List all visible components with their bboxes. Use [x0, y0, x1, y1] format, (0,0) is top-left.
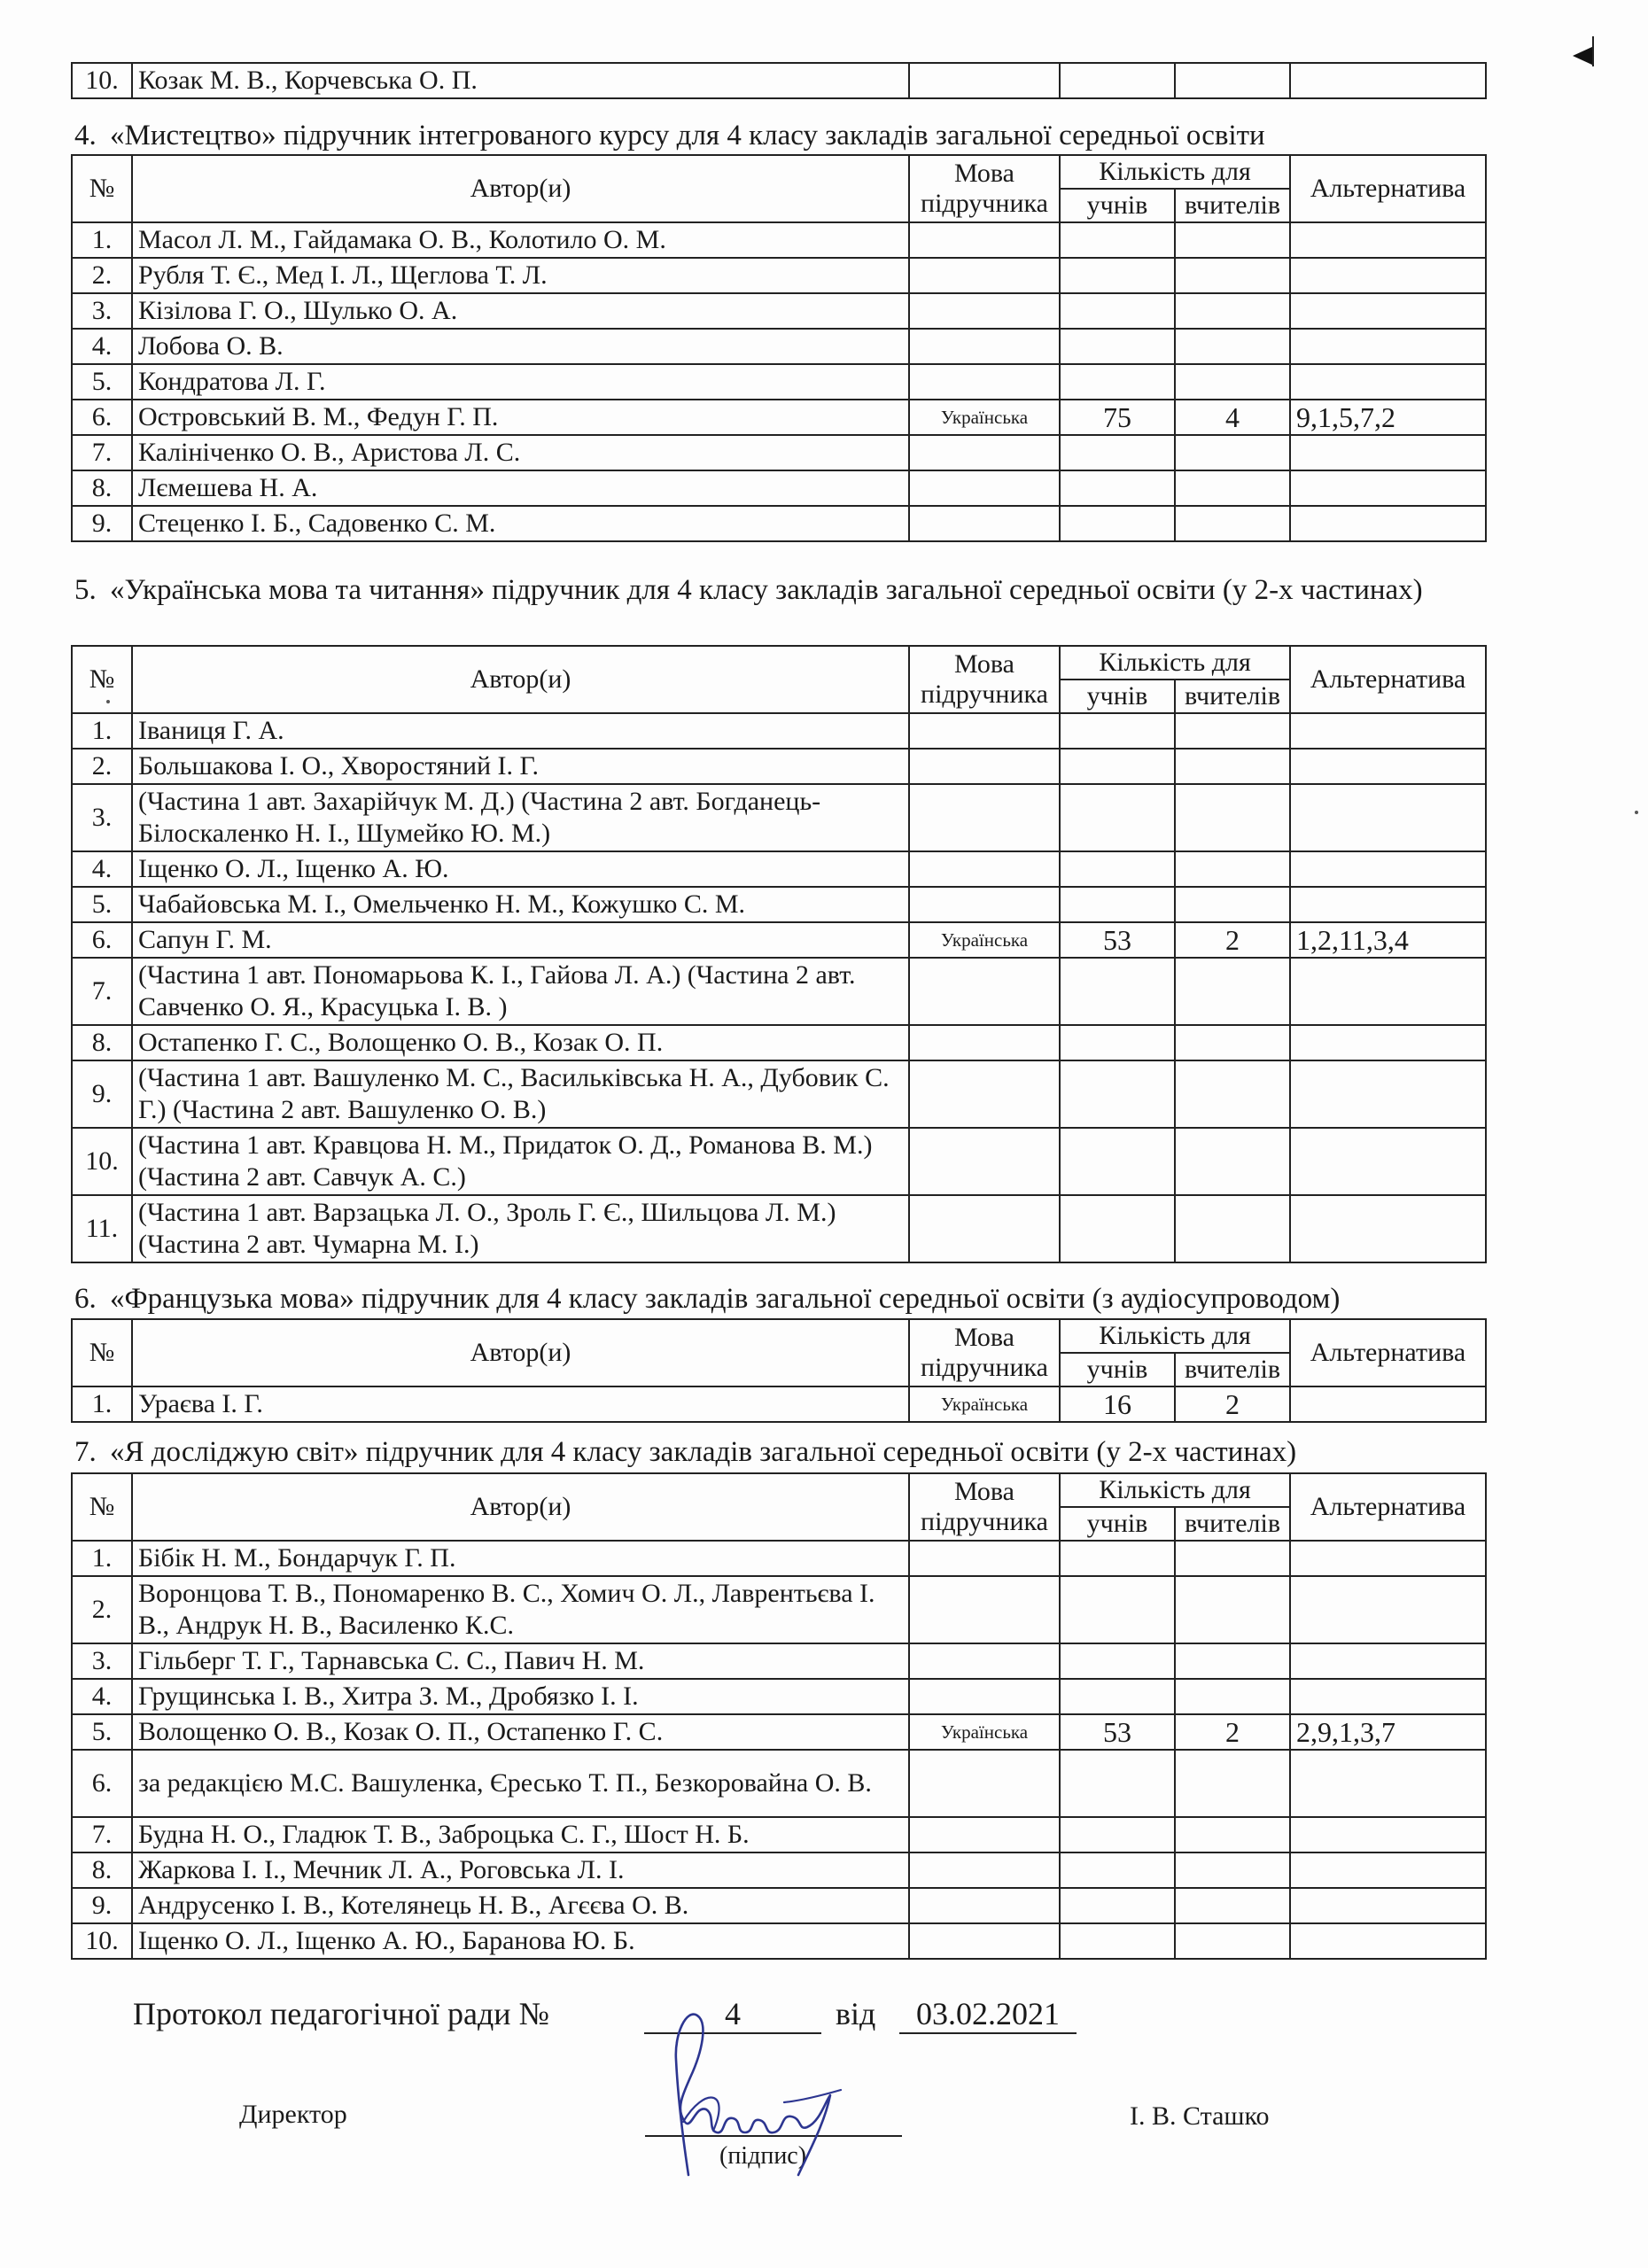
row-teachers-count — [1175, 713, 1290, 749]
row-pupils-count — [1060, 1128, 1175, 1195]
row-alternative: 1,2,11,3,4 — [1290, 922, 1486, 958]
row-teachers-count — [1175, 749, 1290, 784]
row-language — [909, 1852, 1060, 1888]
row-alternative — [1290, 293, 1486, 329]
table-row: 1.Масол Л. М., Гайдамака О. В., Колотило… — [72, 222, 1486, 258]
row-pupils-count — [1060, 749, 1175, 784]
row-pupils-count — [1060, 506, 1175, 541]
row-teachers-count — [1175, 506, 1290, 541]
row-alternative — [1290, 1888, 1486, 1923]
row-pupils-count — [1060, 470, 1175, 506]
row-pupils-count — [1060, 435, 1175, 470]
row-alternative — [1290, 1817, 1486, 1852]
table-row: 5.Чабайовська М. І., Омельченко Н. М., К… — [72, 887, 1486, 922]
row-teachers-count — [1175, 329, 1290, 364]
row-authors: Кондратова Л. Г. — [132, 364, 909, 400]
section-title: «Українська мова та читання» підручник д… — [110, 574, 1423, 606]
row-alternative — [1290, 222, 1486, 258]
row-pupils-count: 53 — [1060, 922, 1175, 958]
column-header-number: № — [72, 155, 132, 222]
row-language — [909, 1923, 1060, 1959]
section-heading-6: 6.«Французька мова» підручник для 4 клас… — [74, 1280, 1485, 1317]
row-pupils-count: 16 — [1060, 1386, 1175, 1422]
row-language — [909, 1060, 1060, 1128]
table-row: 9.(Частина 1 авт. Вашуленко М. С., Васил… — [72, 1060, 1486, 1128]
row-language — [909, 329, 1060, 364]
row-authors: Стеценко І. Б., Садовенко С. М. — [132, 506, 909, 541]
row-alternative — [1290, 784, 1486, 851]
table-row: 3.Гільберг Т. Г., Тарнавська С. С., Пави… — [72, 1643, 1486, 1679]
row-pupils-count — [1060, 222, 1175, 258]
row-authors: (Частина 1 авт. Варзацька Л. О., Зроль Г… — [132, 1195, 909, 1262]
row-alternative — [1290, 1386, 1486, 1422]
column-header-quantity: Кількість для — [1060, 646, 1290, 680]
table-row: 3.Кізілова Г. О., Шулько О. А. — [72, 293, 1486, 329]
row-language — [909, 749, 1060, 784]
column-header-teachers: вчителів — [1175, 1353, 1290, 1386]
row-authors: Лобова О. В. — [132, 329, 909, 364]
table-row: 10.Козак М. В., Корчевська О. П. — [72, 63, 1486, 98]
row-language — [909, 1541, 1060, 1576]
row-language — [909, 258, 1060, 293]
row-alternative — [1290, 506, 1486, 541]
row-authors: Масол Л. М., Гайдамака О. В., Колотило О… — [132, 222, 909, 258]
row-pupils-count — [1060, 1195, 1175, 1262]
section-heading-4: 4.«Мистецтво» підручник інтегрованого ку… — [74, 117, 1485, 154]
row-alternative — [1290, 1128, 1486, 1195]
row-language — [909, 1679, 1060, 1714]
table-row: 1.Іваниця Г. А. — [72, 713, 1486, 749]
row-number: 4. — [72, 851, 132, 887]
row-alternative — [1290, 851, 1486, 887]
row-teachers-count — [1175, 1025, 1290, 1060]
protocol-label: Протокол педагогічної ради № — [133, 1995, 549, 2032]
row-number: 1. — [72, 222, 132, 258]
row-language — [909, 1888, 1060, 1923]
row-language — [909, 1128, 1060, 1195]
row-number: 4. — [72, 1679, 132, 1714]
row-teachers-count — [1175, 1750, 1290, 1817]
scan-speck — [1635, 811, 1638, 814]
row-number: 1. — [72, 713, 132, 749]
row-number: 3. — [72, 293, 132, 329]
row-pupils-count — [1060, 1750, 1175, 1817]
row-teachers-count — [1175, 470, 1290, 506]
row-number: 1. — [72, 1541, 132, 1576]
column-header-authors: Автор(и) — [132, 1473, 909, 1541]
row-authors: Гільберг Т. Г., Тарнавська С. С., Павич … — [132, 1643, 909, 1679]
table-row: 6.за редакцією М.С. Вашуленка, Єресько Т… — [72, 1750, 1486, 1817]
row-language — [909, 470, 1060, 506]
row-teachers-count: 4 — [1175, 400, 1290, 435]
column-header-language: Мовапідручника — [909, 1319, 1060, 1386]
row-teachers-count — [1175, 364, 1290, 400]
column-header-authors: Автор(и) — [132, 1319, 909, 1386]
row-number: 2. — [72, 1576, 132, 1643]
row-number: 2. — [72, 749, 132, 784]
row-pupils-count — [1060, 851, 1175, 887]
table-row: 4.Грущинська І. В., Хитра З. М., Дробязк… — [72, 1679, 1486, 1714]
row-number: 3. — [72, 784, 132, 851]
row-authors: (Частина 1 авт. Кравцова Н. М., Придаток… — [132, 1128, 909, 1195]
row-authors: Волощенко О. В., Козак О. П., Остапенко … — [132, 1714, 909, 1750]
row-number: 4. — [72, 329, 132, 364]
row-pupils-count — [1060, 63, 1175, 98]
row-number: 1. — [72, 1386, 132, 1422]
row-pupils-count — [1060, 1541, 1175, 1576]
row-pupils-count — [1060, 1679, 1175, 1714]
row-authors: (Частина 1 авт. Захарійчук М. Д.) (Части… — [132, 784, 909, 851]
row-language — [909, 887, 1060, 922]
table-row: 8.Лємешева Н. А. — [72, 470, 1486, 506]
row-authors: Сапун Г. М. — [132, 922, 909, 958]
column-header-language: Мовапідручника — [909, 1473, 1060, 1541]
table-row: 5.Кондратова Л. Г. — [72, 364, 1486, 400]
row-alternative: 2,9,1,3,7 — [1290, 1714, 1486, 1750]
row-language: Українська — [909, 1386, 1060, 1422]
table-row: 8.Остапенко Г. С., Волощенко О. В., Коза… — [72, 1025, 1486, 1060]
row-number: 7. — [72, 1817, 132, 1852]
table-row: 1.Ураєва І. Г.Українська162 — [72, 1386, 1486, 1422]
row-teachers-count — [1175, 1060, 1290, 1128]
row-alternative — [1290, 1923, 1486, 1959]
row-alternative — [1290, 1541, 1486, 1576]
row-language — [909, 1750, 1060, 1817]
row-language — [909, 1817, 1060, 1852]
row-language — [909, 364, 1060, 400]
row-authors: Рубля Т. Є., Мед І. Л., Щеглова Т. Л. — [132, 258, 909, 293]
table-row: 2.Рубля Т. Є., Мед І. Л., Щеглова Т. Л. — [72, 258, 1486, 293]
row-number: 7. — [72, 435, 132, 470]
row-authors: Чабайовська М. І., Омельченко Н. М., Кож… — [132, 887, 909, 922]
row-alternative — [1290, 1643, 1486, 1679]
row-number: 2. — [72, 258, 132, 293]
section-heading-7: 7.«Я досліджую світ» підручник для 4 кла… — [74, 1433, 1485, 1471]
table-row: 10.Іщенко О. Л., Іщенко А. Ю., Баранова … — [72, 1923, 1486, 1959]
row-teachers-count — [1175, 1128, 1290, 1195]
row-pupils-count — [1060, 1923, 1175, 1959]
row-authors: (Частина 1 авт. Вашуленко М. С., Васильк… — [132, 1060, 909, 1128]
textbook-table-5: №Автор(и)МовапідручникаКількість дляАльт… — [71, 645, 1487, 1263]
table-row: 11.(Частина 1 авт. Варзацька Л. О., Зрол… — [72, 1195, 1486, 1262]
row-number: 7. — [72, 958, 132, 1025]
row-teachers-count — [1175, 1852, 1290, 1888]
row-authors: Бібік Н. М., Бондарчук Г. П. — [132, 1541, 909, 1576]
row-teachers-count — [1175, 1817, 1290, 1852]
row-authors: Воронцова Т. В., Пономаренко В. С., Хоми… — [132, 1576, 909, 1643]
row-pupils-count: 53 — [1060, 1714, 1175, 1750]
table-row: 7.Будна Н. О., Гладюк Т. В., Заброцька С… — [72, 1817, 1486, 1852]
row-teachers-count — [1175, 1643, 1290, 1679]
row-pupils-count — [1060, 1852, 1175, 1888]
row-number: 9. — [72, 506, 132, 541]
row-teachers-count — [1175, 958, 1290, 1025]
row-number: 10. — [72, 63, 132, 98]
row-language — [909, 1576, 1060, 1643]
column-header-teachers: вчителів — [1175, 680, 1290, 713]
row-number: 8. — [72, 470, 132, 506]
row-authors: Островський В. М., Федун Г. П. — [132, 400, 909, 435]
protocol-date: 03.02.2021 — [899, 1995, 1077, 2034]
row-pupils-count — [1060, 784, 1175, 851]
row-pupils-count — [1060, 293, 1175, 329]
row-alternative — [1290, 1750, 1486, 1817]
column-header-authors: Автор(и) — [132, 646, 909, 713]
table-row: 3.(Частина 1 авт. Захарійчук М. Д.) (Час… — [72, 784, 1486, 851]
table-row: 7.(Частина 1 авт. Пономарьова К. І., Гай… — [72, 958, 1486, 1025]
row-teachers-count: 2 — [1175, 922, 1290, 958]
column-header-alternative: Альтернатива — [1290, 1473, 1486, 1541]
row-pupils-count — [1060, 887, 1175, 922]
table-row: 9.Стеценко І. Б., Садовенко С. М. — [72, 506, 1486, 541]
row-alternative — [1290, 713, 1486, 749]
row-language — [909, 1195, 1060, 1262]
section-title: «Мистецтво» підручник інтегрованого курс… — [110, 120, 1265, 151]
column-header-teachers: вчителів — [1175, 189, 1290, 222]
row-authors: за редакцією М.С. Вашуленка, Єресько Т. … — [132, 1750, 909, 1817]
row-authors: Лємешева Н. А. — [132, 470, 909, 506]
column-header-pupils: учнів — [1060, 1353, 1175, 1386]
row-alternative — [1290, 1852, 1486, 1888]
row-language — [909, 222, 1060, 258]
row-number: 5. — [72, 1714, 132, 1750]
column-header-number: № — [72, 1473, 132, 1541]
table-row: 8.Жаркова І. І., Мечник Л. А., Роговська… — [72, 1852, 1486, 1888]
row-language — [909, 713, 1060, 749]
row-authors: Ураєва І. Г. — [132, 1386, 909, 1422]
row-language — [909, 784, 1060, 851]
row-authors: Остапенко Г. С., Волощенко О. В., Козак … — [132, 1025, 909, 1060]
row-number: 11. — [72, 1195, 132, 1262]
row-alternative — [1290, 364, 1486, 400]
row-pupils-count — [1060, 1576, 1175, 1643]
row-alternative — [1290, 1025, 1486, 1060]
row-alternative — [1290, 435, 1486, 470]
row-authors: (Частина 1 авт. Пономарьова К. І., Гайов… — [132, 958, 909, 1025]
row-authors: Калініченко О. В., Аристова Л. С. — [132, 435, 909, 470]
row-alternative — [1290, 958, 1486, 1025]
section-title: «Французька мова» підручник для 4 класу … — [110, 1283, 1340, 1315]
row-pupils-count — [1060, 1817, 1175, 1852]
row-teachers-count — [1175, 435, 1290, 470]
row-number: 5. — [72, 887, 132, 922]
row-language — [909, 1025, 1060, 1060]
column-header-quantity: Кількість для — [1060, 1473, 1290, 1507]
row-authors: Іщенко О. Л., Іщенко А. Ю. — [132, 851, 909, 887]
row-alternative — [1290, 329, 1486, 364]
row-alternative — [1290, 470, 1486, 506]
row-pupils-count: 75 — [1060, 400, 1175, 435]
textbook-table-6: №Автор(и)МовапідручникаКількість дляАльт… — [71, 1318, 1487, 1423]
table-row: 2.Воронцова Т. В., Пономаренко В. С., Хо… — [72, 1576, 1486, 1643]
table-row: 6.Сапун Г. М.Українська5321,2,11,3,4 — [72, 922, 1486, 958]
row-teachers-count — [1175, 1195, 1290, 1262]
row-teachers-count — [1175, 1541, 1290, 1576]
row-pupils-count — [1060, 958, 1175, 1025]
column-header-alternative: Альтернатива — [1290, 155, 1486, 222]
row-alternative — [1290, 887, 1486, 922]
row-pupils-count — [1060, 329, 1175, 364]
row-number: 6. — [72, 400, 132, 435]
director-name: І. В. Сташко — [1130, 2101, 1270, 2132]
table-row: 10.(Частина 1 авт. Кравцова Н. М., Прида… — [72, 1128, 1486, 1195]
row-number: 8. — [72, 1852, 132, 1888]
row-language — [909, 63, 1060, 98]
table-row: 5.Волощенко О. В., Козак О. П., Остапенк… — [72, 1714, 1486, 1750]
row-teachers-count — [1175, 258, 1290, 293]
table-row: 4.Лобова О. В. — [72, 329, 1486, 364]
row-teachers-count — [1175, 222, 1290, 258]
row-teachers-count — [1175, 63, 1290, 98]
section-title: «Я досліджую світ» підручник для 4 класу… — [110, 1436, 1296, 1468]
column-header-language: Мовапідручника — [909, 646, 1060, 713]
row-authors: Большакова І. О., Хворостяний І. Г. — [132, 749, 909, 784]
row-teachers-count — [1175, 1576, 1290, 1643]
row-alternative — [1290, 258, 1486, 293]
column-header-pupils: учнів — [1060, 1507, 1175, 1541]
row-authors: Андрусенко І. В., Котелянець Н. В., Агєє… — [132, 1888, 909, 1923]
row-number: 8. — [72, 1025, 132, 1060]
row-number: 6. — [72, 1750, 132, 1817]
section-number: 7. — [74, 1433, 110, 1471]
column-header-authors: Автор(и) — [132, 155, 909, 222]
row-pupils-count — [1060, 258, 1175, 293]
column-header-pupils: учнів — [1060, 189, 1175, 222]
row-teachers-count — [1175, 887, 1290, 922]
row-authors: Кізілова Г. О., Шулько О. А. — [132, 293, 909, 329]
row-teachers-count — [1175, 1888, 1290, 1923]
row-pupils-count — [1060, 364, 1175, 400]
row-language: Українська — [909, 1714, 1060, 1750]
column-header-quantity: Кількість для — [1060, 155, 1290, 189]
section-number: 6. — [74, 1280, 110, 1317]
row-language — [909, 293, 1060, 329]
column-header-alternative: Альтернатива — [1290, 1319, 1486, 1386]
row-pupils-count — [1060, 1888, 1175, 1923]
table-row: 7.Калініченко О. В., Аристова Л. С. — [72, 435, 1486, 470]
column-header-alternative: Альтернатива — [1290, 646, 1486, 713]
row-authors: Жаркова І. І., Мечник Л. А., Роговська Л… — [132, 1852, 909, 1888]
row-authors: Будна Н. О., Гладюк Т. В., Заброцька С. … — [132, 1817, 909, 1852]
row-authors: Грущинська І. В., Хитра З. М., Дробязко … — [132, 1679, 909, 1714]
handwritten-signature — [651, 1998, 855, 2184]
row-pupils-count — [1060, 713, 1175, 749]
row-language: Українська — [909, 400, 1060, 435]
row-alternative — [1290, 63, 1486, 98]
row-teachers-count — [1175, 1923, 1290, 1959]
section-number: 5. — [74, 571, 110, 609]
row-language: Українська — [909, 922, 1060, 958]
row-authors: Іваниця Г. А. — [132, 713, 909, 749]
row-number: 9. — [72, 1060, 132, 1128]
column-header-number: № — [72, 646, 132, 713]
scan-corner-mark — [1573, 46, 1594, 66]
row-alternative — [1290, 1195, 1486, 1262]
row-alternative — [1290, 1576, 1486, 1643]
row-teachers-count — [1175, 1679, 1290, 1714]
row-alternative — [1290, 1060, 1486, 1128]
document-page: 10.Козак М. В., Корчевська О. П. 4.«Мист… — [0, 0, 1648, 2268]
section-heading-5: 5.«Українська мова та читання» підручник… — [74, 571, 1485, 609]
row-language — [909, 1643, 1060, 1679]
row-pupils-count — [1060, 1643, 1175, 1679]
row-language — [909, 506, 1060, 541]
row-authors: Іщенко О. Л., Іщенко А. Ю., Баранова Ю. … — [132, 1923, 909, 1959]
table-row: 4.Іщенко О. Л., Іщенко А. Ю. — [72, 851, 1486, 887]
row-number: 10. — [72, 1128, 132, 1195]
table-row: 9.Андрусенко І. В., Котелянець Н. В., Аг… — [72, 1888, 1486, 1923]
table-row: 2.Большакова І. О., Хворостяний І. Г. — [72, 749, 1486, 784]
table-row: 1.Бібік Н. М., Бондарчук Г. П. — [72, 1541, 1486, 1576]
row-alternative: 9,1,5,7,2 — [1290, 400, 1486, 435]
column-header-teachers: вчителів — [1175, 1507, 1290, 1541]
previous-table-tail: 10.Козак М. В., Корчевська О. П. — [71, 62, 1487, 99]
row-language — [909, 958, 1060, 1025]
row-alternative — [1290, 1679, 1486, 1714]
textbook-table-4: №Автор(и)МовапідручникаКількість дляАльт… — [71, 154, 1487, 542]
row-number: 10. — [72, 1923, 132, 1959]
row-teachers-count — [1175, 293, 1290, 329]
row-language — [909, 435, 1060, 470]
row-number: 6. — [72, 922, 132, 958]
column-header-quantity: Кількість для — [1060, 1319, 1290, 1353]
row-number: 9. — [72, 1888, 132, 1923]
row-pupils-count — [1060, 1060, 1175, 1128]
textbook-table-7: №Автор(и)МовапідручникаКількість дляАльт… — [71, 1472, 1487, 1960]
column-header-pupils: учнів — [1060, 680, 1175, 713]
row-alternative — [1290, 749, 1486, 784]
row-pupils-count — [1060, 1025, 1175, 1060]
column-header-number: № — [72, 1319, 132, 1386]
row-teachers-count — [1175, 784, 1290, 851]
director-label: Директор — [239, 2100, 347, 2130]
row-number: 5. — [72, 364, 132, 400]
section-number: 4. — [74, 117, 110, 154]
row-teachers-count — [1175, 851, 1290, 887]
row-number: 3. — [72, 1643, 132, 1679]
row-language — [909, 851, 1060, 887]
row-teachers-count: 2 — [1175, 1386, 1290, 1422]
row-authors: Козак М. В., Корчевська О. П. — [132, 63, 909, 98]
table-row: 6.Островський В. М., Федун Г. П.Українсь… — [72, 400, 1486, 435]
row-teachers-count: 2 — [1175, 1714, 1290, 1750]
column-header-language: Мовапідручника — [909, 155, 1060, 222]
